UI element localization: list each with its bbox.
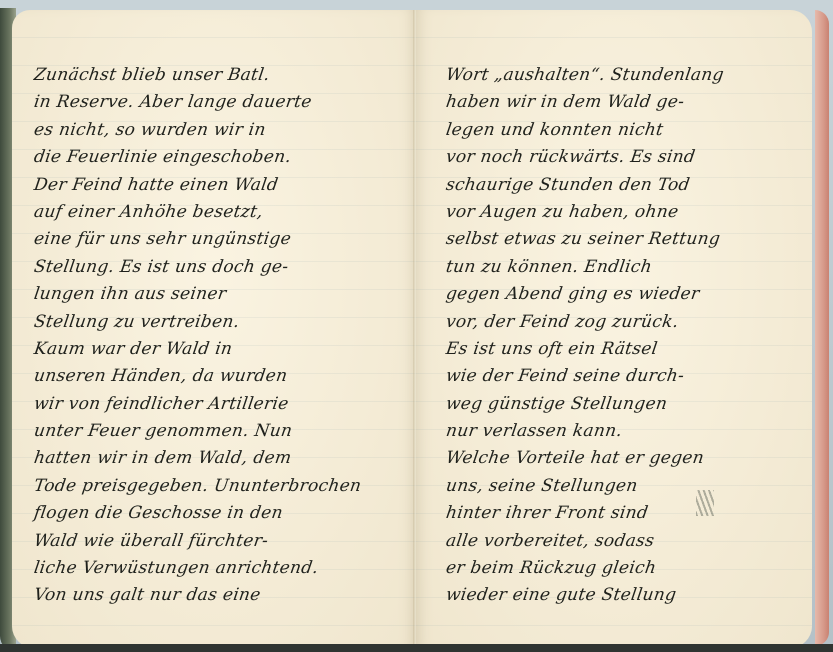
text-line: vor Augen zu haben, ohne bbox=[444, 199, 794, 226]
text-line: vor noch rückwärts. Es sind bbox=[444, 144, 794, 171]
text-line: Stellung zu vertreiben. bbox=[32, 309, 402, 336]
text-line: Tode preisgegeben. Ununterbrochen bbox=[32, 473, 402, 500]
text-line: unter Feuer genommen. Nun bbox=[32, 418, 402, 445]
text-line: Wort „aushalten“. Stundenlang bbox=[444, 62, 794, 89]
text-line: tun zu können. Endlich bbox=[444, 254, 794, 281]
text-line: die Feuerlinie eingeschoben. bbox=[32, 144, 402, 171]
text-line: wie der Feind seine durch- bbox=[444, 363, 794, 390]
text-line: lungen ihn aus seiner bbox=[32, 281, 402, 308]
text-line: liche Verwüstungen anrichtend. bbox=[32, 555, 402, 582]
text-line: uns, seine Stellungen bbox=[444, 473, 794, 500]
left-page: Zunächst blieb unser Batl. in Reserve. A… bbox=[12, 10, 416, 648]
right-page: Wort „aushalten“. Stundenlang haben wir … bbox=[416, 10, 812, 648]
text-line: vor, der Feind zog zurück. bbox=[444, 309, 794, 336]
table-surface bbox=[0, 644, 833, 652]
left-page-text: Zunächst blieb unser Batl. in Reserve. A… bbox=[32, 62, 398, 610]
text-line: eine für uns sehr ungünstige bbox=[32, 226, 402, 253]
text-line: legen und konnten nicht bbox=[444, 117, 794, 144]
text-line: wir von feindlicher Artillerie bbox=[32, 391, 402, 418]
text-line: in Reserve. Aber lange dauerte bbox=[32, 89, 402, 116]
text-line: Der Feind hatte einen Wald bbox=[32, 172, 402, 199]
text-line: schaurige Stunden den Tod bbox=[444, 172, 794, 199]
text-line: Von uns galt nur das eine bbox=[32, 582, 402, 609]
text-line: Stellung. Es ist uns doch ge- bbox=[32, 254, 402, 281]
text-line: flogen die Geschosse in den bbox=[32, 500, 402, 527]
text-line: hatten wir in dem Wald, dem bbox=[32, 445, 402, 472]
text-line: alle vorbereitet, sodass bbox=[444, 528, 794, 555]
text-line: wieder eine gute Stellung bbox=[444, 582, 794, 609]
text-line: Welche Vorteile hat er gegen bbox=[444, 445, 794, 472]
text-line: weg günstige Stellungen bbox=[444, 391, 794, 418]
text-line: nur verlassen kann. bbox=[444, 418, 794, 445]
right-page-text: Wort „aushalten“. Stundenlang haben wir … bbox=[444, 62, 790, 610]
text-line: auf einer Anhöhe besetzt, bbox=[32, 199, 402, 226]
text-line: Es ist uns oft ein Rätsel bbox=[444, 336, 794, 363]
text-line: selbst etwas zu seiner Rettung bbox=[444, 226, 794, 253]
text-line: gegen Abend ging es wieder bbox=[444, 281, 794, 308]
text-line: unseren Händen, da wurden bbox=[32, 363, 402, 390]
text-line: es nicht, so wurden wir in bbox=[32, 117, 402, 144]
text-line: Wald wie überall fürchter- bbox=[32, 528, 402, 555]
text-line: er beim Rückzug gleich bbox=[444, 555, 794, 582]
ink-blot bbox=[696, 490, 714, 516]
notebook-photo: Zunächst blieb unser Batl. in Reserve. A… bbox=[0, 0, 833, 652]
text-line: haben wir in dem Wald ge- bbox=[444, 89, 794, 116]
right-cover-edge bbox=[815, 10, 829, 646]
text-line: Zunächst blieb unser Batl. bbox=[32, 62, 402, 89]
text-line: Kaum war der Wald in bbox=[32, 336, 402, 363]
text-line: hinter ihrer Front sind bbox=[444, 500, 794, 527]
